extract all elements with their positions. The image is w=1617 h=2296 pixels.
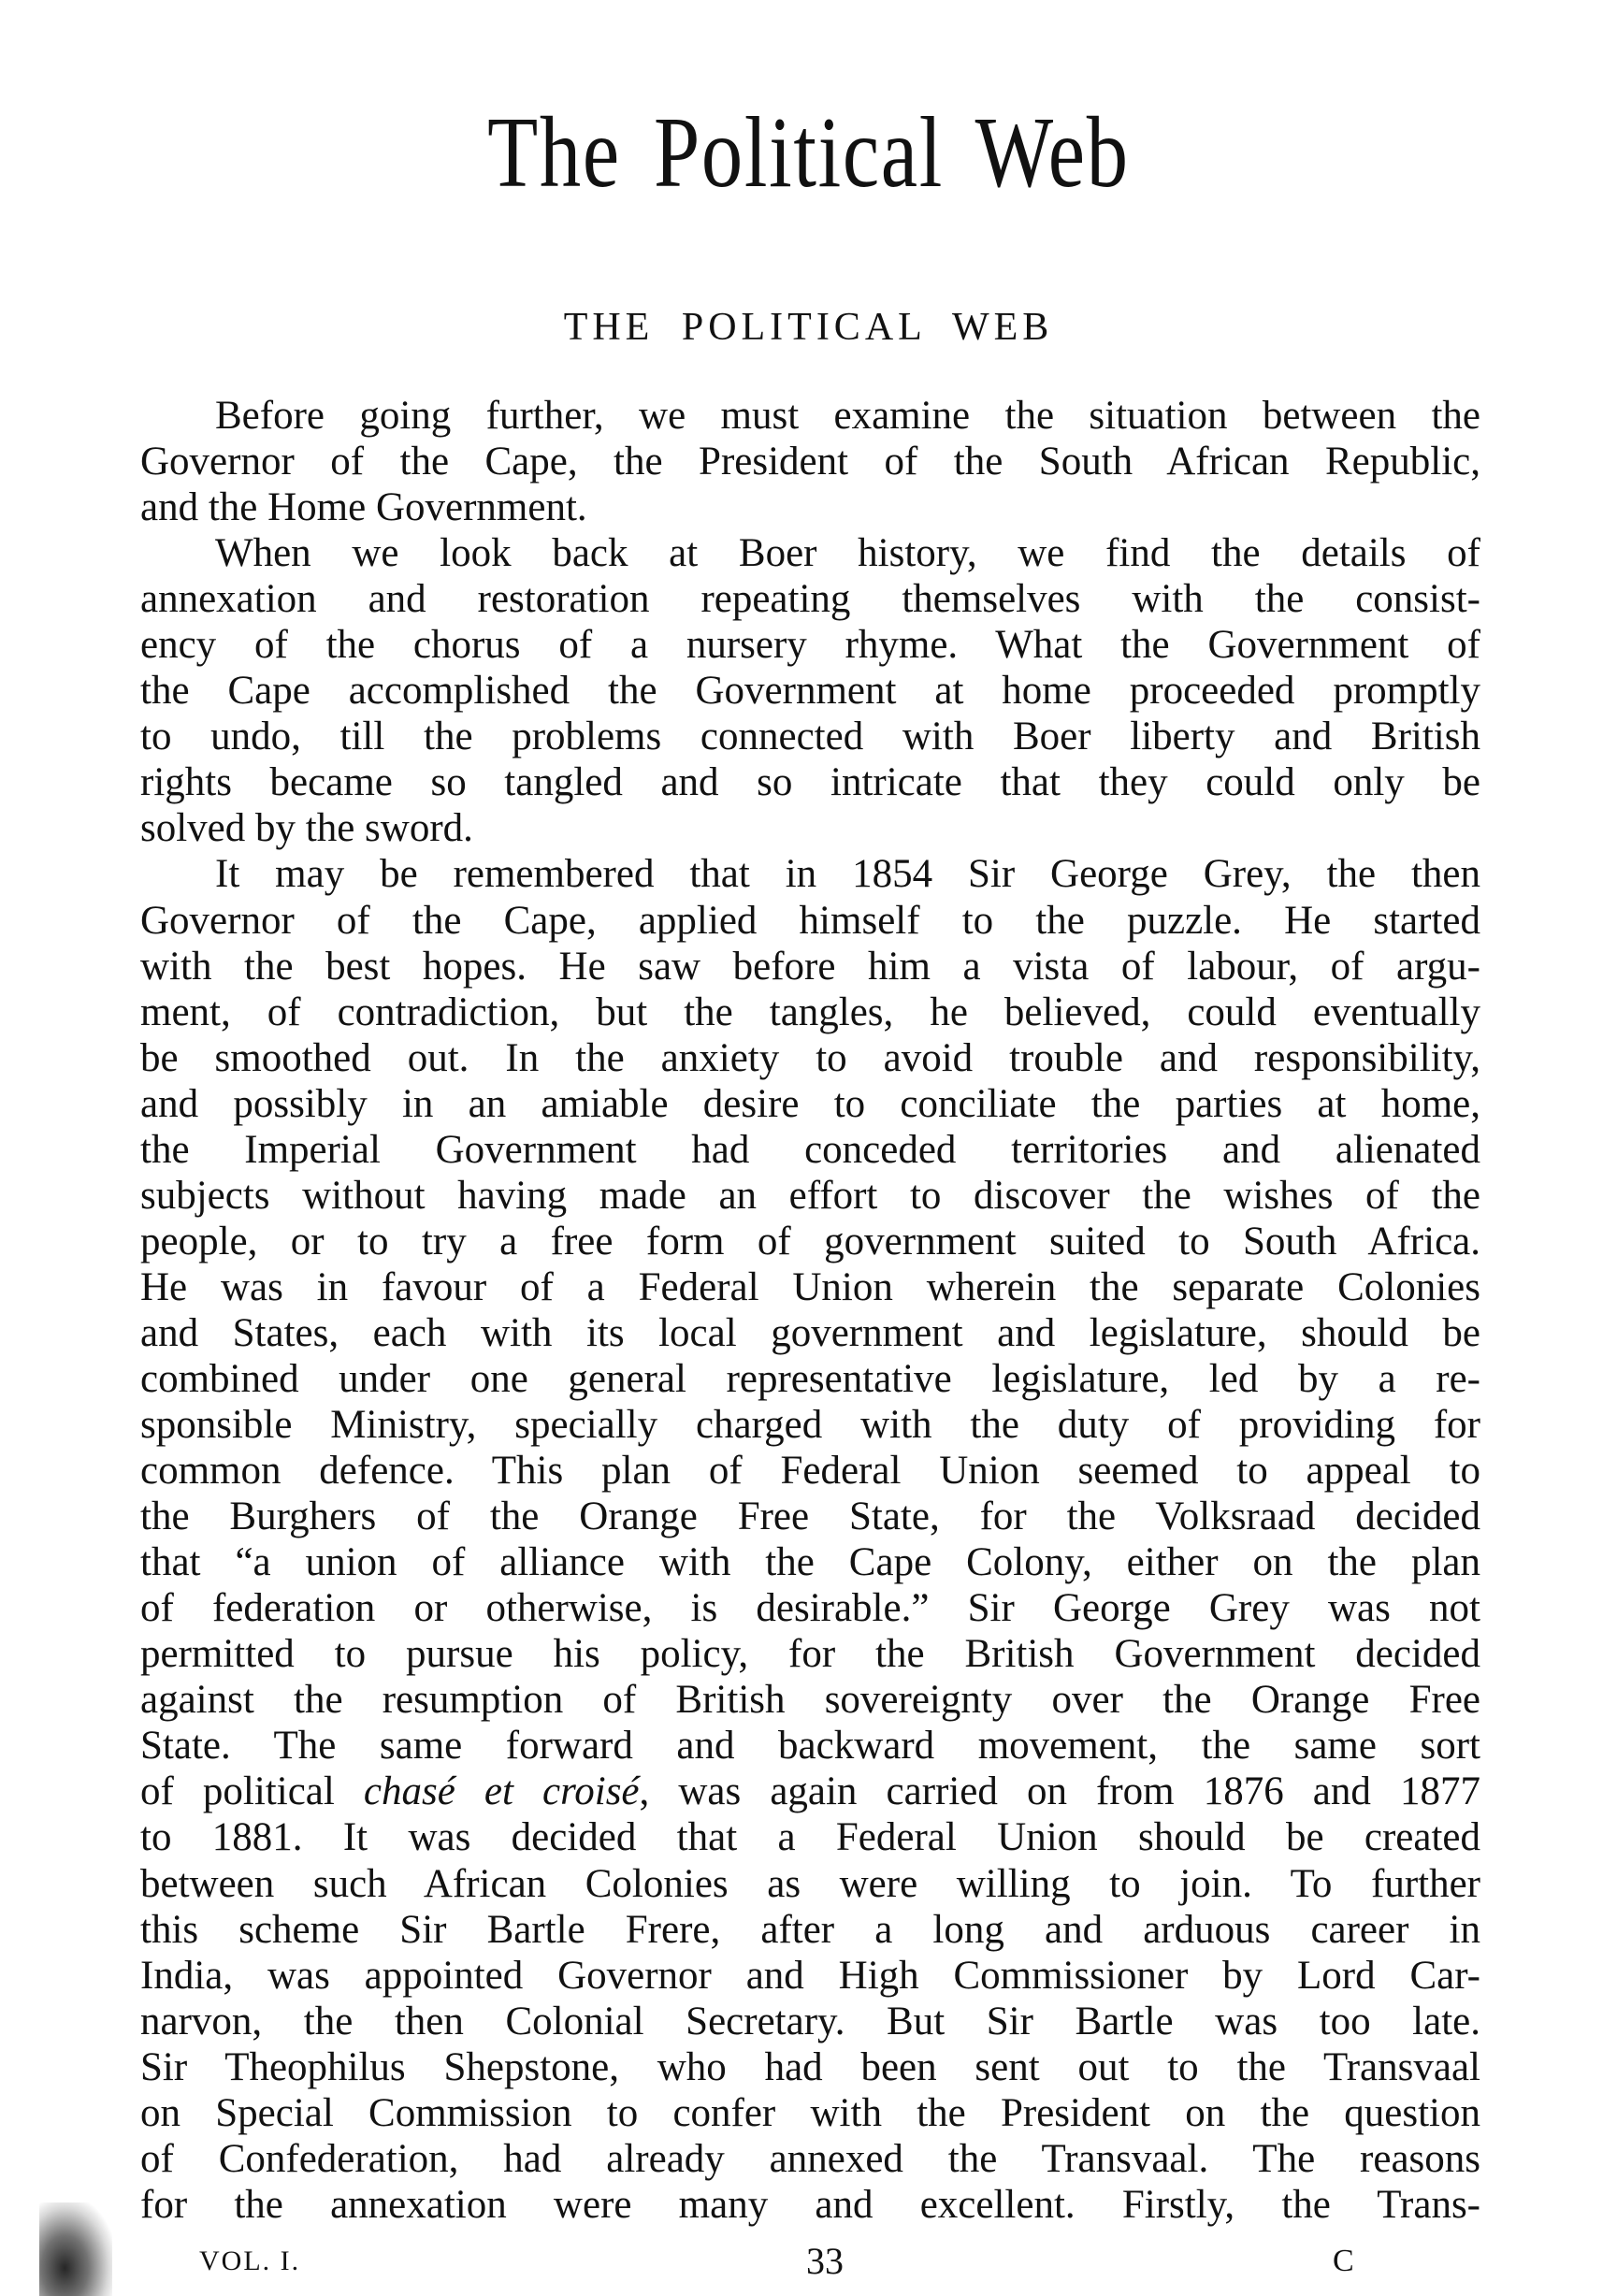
body-line: When we look back at Boer history, we fi… xyxy=(140,530,1480,576)
body-line: annexation and restoration repeating the… xyxy=(140,576,1480,622)
body-line: and the Home Government. xyxy=(140,484,1480,530)
body-line: It may be remembered that in 1854 Sir Ge… xyxy=(140,851,1480,897)
line-text: , was again carried on from 1876 and 187… xyxy=(640,1769,1480,1813)
body-line: subjects without having made an effort t… xyxy=(140,1173,1480,1219)
body-line: with the best hopes. He saw before him a… xyxy=(140,944,1480,989)
body-line: for the annexation were many and excelle… xyxy=(140,2182,1480,2228)
body-line-with-italic: of political chasé et croisé, was again … xyxy=(140,1769,1480,1814)
body-line: Before going further, we must examine th… xyxy=(140,393,1480,439)
signature-mark: C xyxy=(1333,2243,1354,2280)
body-line: between such African Colonies as were wi… xyxy=(140,1861,1480,1907)
body-text: Before going further, we must examine th… xyxy=(140,393,1480,2228)
line-text: of political xyxy=(140,1769,364,1813)
body-line: ency of the chorus of a nursery rhyme. W… xyxy=(140,622,1480,668)
body-line: sponsible Ministry, specially charged wi… xyxy=(140,1402,1480,1448)
scan-smudge xyxy=(39,2202,112,2296)
body-line: and possibly in an amiable desire to con… xyxy=(140,1081,1480,1127)
body-line: common defence. This plan of Federal Uni… xyxy=(140,1448,1480,1494)
italic-phrase: chasé et croisé xyxy=(364,1769,640,1813)
body-line: Governor of the Cape, the President of t… xyxy=(140,439,1480,484)
body-line: Governor of the Cape, applied himself to… xyxy=(140,898,1480,944)
body-line: people, or to try a free form of governm… xyxy=(140,1219,1480,1264)
body-line: State. The same forward and backward mov… xyxy=(140,1723,1480,1769)
body-line: He was in favour of a Federal Union wher… xyxy=(140,1264,1480,1310)
body-line: of Confederation, had already annexed th… xyxy=(140,2136,1480,2182)
page-number: 33 xyxy=(806,2243,844,2280)
body-line: to undo, till the problems connected wit… xyxy=(140,714,1480,759)
body-line: be smoothed out. In the anxiety to avoid… xyxy=(140,1035,1480,1081)
body-line: the Cape accomplished the Government at … xyxy=(140,668,1480,714)
body-line: Sir Theophilus Shepstone, who had been s… xyxy=(140,2044,1480,2090)
body-line: the Burghers of the Orange Free State, f… xyxy=(140,1494,1480,1539)
running-head: The Political Web xyxy=(146,97,1472,209)
body-line: of federation or otherwise, is desirable… xyxy=(140,1585,1480,1631)
body-line: ment, of contradiction, but the tangles,… xyxy=(140,989,1480,1035)
body-line: on Special Commission to confer with the… xyxy=(140,2090,1480,2136)
body-line: narvon, the then Colonial Secretary. But… xyxy=(140,1999,1480,2044)
body-line: to 1881. It was decided that a Federal U… xyxy=(140,1814,1480,1860)
body-line: that “a union of alliance with the Cape … xyxy=(140,1539,1480,1585)
chapter-title: THE POLITICAL WEB xyxy=(0,301,1617,354)
body-line: rights became so tangled and so intricat… xyxy=(140,759,1480,805)
body-line: and States, each with its local governme… xyxy=(140,1310,1480,1356)
footer-volume: VOL. I. xyxy=(199,2243,300,2280)
body-line: permitted to pursue his policy, for the … xyxy=(140,1631,1480,1677)
body-line: the Imperial Government had conceded ter… xyxy=(140,1127,1480,1173)
body-line: India, was appointed Governor and High C… xyxy=(140,1953,1480,1999)
body-line: this scheme Sir Bartle Frere, after a lo… xyxy=(140,1907,1480,1953)
body-line: against the resumption of British sovere… xyxy=(140,1677,1480,1723)
body-line: combined under one general representativ… xyxy=(140,1356,1480,1402)
body-line: solved by the sword. xyxy=(140,805,1480,851)
